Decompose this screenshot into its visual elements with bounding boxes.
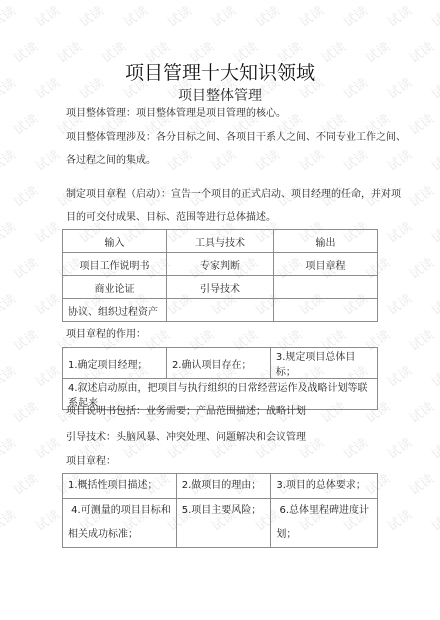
- table-row: 4.叙述启动原由，把项目与执行组织的日常经营运作及战略计划等联系起来: [63, 379, 378, 410]
- charter-roles-table: 1.确定项目经理； 2.确认项目存在； 3.规定项目总体目标； 4.叙述启动原由…: [62, 347, 378, 410]
- table-header-cell: 工具与技术: [166, 230, 273, 253]
- table-row: 1.概括性项目描述； 2.做项目的理由； 3.项目的总体要求；: [63, 474, 378, 499]
- paragraph-integration-definition: 项目整体管理：项目整体管理是项目管理的核心。: [66, 108, 386, 120]
- table-cell: 1.确定项目经理；: [63, 348, 167, 379]
- cell-line: 相关成功标准；: [68, 523, 171, 547]
- paragraph-charter-line1: 制定项目章程（启动）：宣告一个项目的正式启动、项目经理的任命，并对项: [66, 189, 386, 201]
- paragraph-charter-contents-heading: 项目章程：: [66, 456, 386, 468]
- cell-line: 5.项目主要风险；: [182, 499, 266, 523]
- table-cell: 2.做项目的理由；: [176, 474, 271, 499]
- table-header-cell: 输入: [63, 230, 167, 253]
- table-cell: 2.确认项目存在；: [166, 348, 270, 379]
- paragraph-charter-roles-heading: 项目章程的作用：: [66, 329, 386, 341]
- paragraph-integration-scope-line2: 各过程之间的集成。: [66, 155, 386, 167]
- table-row: 1.确定项目经理； 2.确认项目存在； 3.规定项目总体目标；: [63, 348, 378, 379]
- table-row: 商业论证 引导技术: [63, 276, 378, 299]
- table-cell: 3.项目的总体要求；: [271, 474, 378, 499]
- table-cell: 1.概括性项目描述；: [63, 474, 177, 499]
- paragraph-facilitation: 引导技术：头脑风暴、冲突处理、问题解决和会议管理: [66, 432, 386, 444]
- paragraph-charter-line2: 目的可交付成果、目标、范围等进行总体描述。: [66, 212, 386, 224]
- paragraph-project-statement: 项目说明书包括：业务需要；产品范围描述；战略计划: [66, 406, 386, 418]
- itto-table: 输入 工具与技术 输出 项目工作说明书 专家判断 项目章程 商业论证 引导技术 …: [62, 229, 378, 322]
- paragraph-integration-scope-line1: 项目整体管理涉及：各分目标之间、各项目干系人之间、不同专业工作之间、: [66, 132, 386, 144]
- document-page: 项目管理十大知识领域 项目整体管理 项目整体管理：项目整体管理是项目管理的核心。…: [0, 0, 440, 620]
- table-cell: 项目工作说明书: [63, 253, 167, 276]
- charter-contents-table: 1.概括性项目描述； 2.做项目的理由； 3.项目的总体要求； 4.可测量的项目…: [62, 473, 378, 548]
- table-header-row: 输入 工具与技术 输出: [63, 230, 378, 253]
- table-cell: 商业论证: [63, 276, 167, 299]
- table-cell: 4.可测量的项目目标和 相关成功标准；: [63, 499, 177, 548]
- cell-line: 6.总体里程碑进度计: [276, 499, 372, 523]
- table-cell: 5.项目主要风险；: [176, 499, 271, 548]
- table-row: 协议、组织过程资产: [63, 299, 378, 322]
- table-cell: 6.总体里程碑进度计 划；: [271, 499, 378, 548]
- table-cell: [274, 299, 378, 322]
- table-cell: 项目章程: [274, 253, 378, 276]
- table-cell: [166, 299, 273, 322]
- table-row: 4.可测量的项目目标和 相关成功标准； 5.项目主要风险； 6.总体里程碑进度计…: [63, 499, 378, 548]
- cell-line: 划；: [276, 523, 372, 547]
- section-title: 项目整体管理: [0, 85, 440, 105]
- table-cell: 引导技术: [166, 276, 273, 299]
- table-cell: [274, 276, 378, 299]
- table-header-cell: 输出: [274, 230, 378, 253]
- table-cell: 协议、组织过程资产: [63, 299, 167, 322]
- table-cell: 3.规定项目总体目标；: [270, 348, 377, 379]
- table-cell: 4.叙述启动原由，把项目与执行组织的日常经营运作及战略计划等联系起来: [63, 379, 378, 410]
- cell-line: 4.可测量的项目目标和: [68, 499, 171, 523]
- table-cell: 专家判断: [166, 253, 273, 276]
- table-row: 项目工作说明书 专家判断 项目章程: [63, 253, 378, 276]
- document-title: 项目管理十大知识领域: [0, 58, 440, 85]
